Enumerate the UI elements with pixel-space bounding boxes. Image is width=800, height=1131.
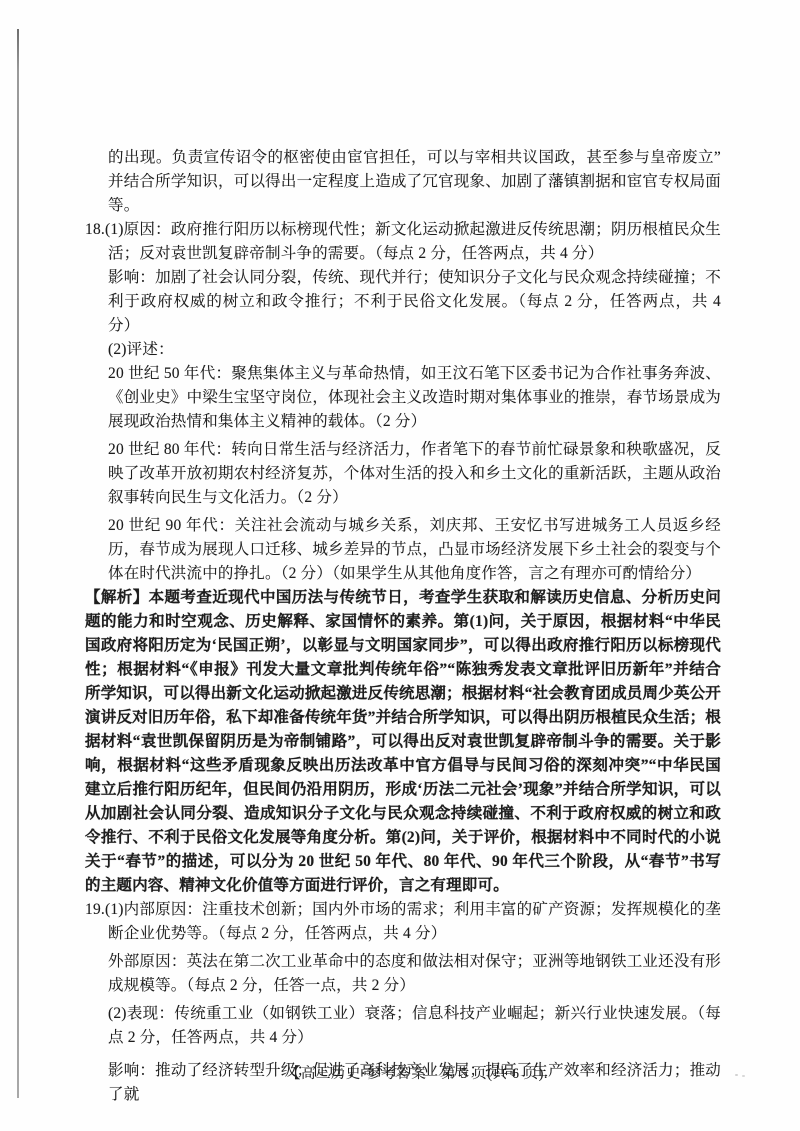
page-footer: 【高三历史·参考答案 第 5 页(共 6 页). (85, 1062, 721, 1083)
answer-sheet-content: 的出现。负责宣传诏令的枢密使由宦官担任，可以与宰相共议国政，甚至参与皇帝废立”并… (85, 146, 721, 1107)
answer-item19-q2-manifestations: (2)表现：传统重工业（如钢铁工业）衰落；信息科技产业崛起；新兴行业快速发展。（… (108, 1002, 721, 1050)
answer-item18-q2-1990s: 20 世纪 90 年代：关注社会流动与城乡关系，刘庆邦、王安忆书写进城务工人员返… (108, 514, 721, 586)
answer-item18-q2-1980s: 20 世纪 80 年代：转向日常生活与经济活力，作者笔下的春节前忙碌景象和秧歌盛… (108, 438, 721, 510)
scanned-answer-page: 的出现。负责宣传诏令的枢密使由宦官担任，可以与宰相共议国政，甚至参与皇帝废立”并… (0, 0, 800, 1131)
answer-item18-q2-1950s: 20 世纪 50 年代：聚焦集体主义与革命热情，如王汶石笔下区委书记为合作社事务… (108, 362, 721, 434)
answer-item19-q1-external-reasons: 外部原因：英法在第二次工业革命中的态度和做法相对保守；亚洲等地钢铁工业还没有形成… (108, 950, 721, 998)
page-footer-text: 【高三历史·参考答案 第 5 页(共 6 页). (286, 1066, 548, 1082)
answer-item18-q2-heading: (2)评述： (108, 338, 721, 362)
item18-analysis-paragraph: 【解析】本题考查近现代中国历法与传统节日，考查学生获取和解读历史信息、分析历史问… (85, 586, 721, 898)
answer-item19-q1-internal-reasons: 19.(1)内部原因：注重技术创新；国内外市场的需求；利用丰富的矿产资源；发挥规… (85, 898, 721, 946)
answer-item18-q1-impact: 影响：加剧了社会认同分裂，传统、现代并行；使知识分子文化与民众观念持续碰撞；不利… (108, 266, 721, 338)
answer-item18-q1-reasons: 18.(1)原因：政府推行阳历以标榜现代性；新文化运动掀起激进反传统思潮；阴历根… (85, 218, 721, 266)
scan-noise-dots (735, 1074, 738, 1076)
scan-edge-line-artifact (17, 29, 19, 1098)
para-item17-continuation: 的出现。负责宣传诏令的枢密使由宦官担任，可以与宰相共议国政，甚至参与皇帝废立”并… (108, 146, 721, 218)
